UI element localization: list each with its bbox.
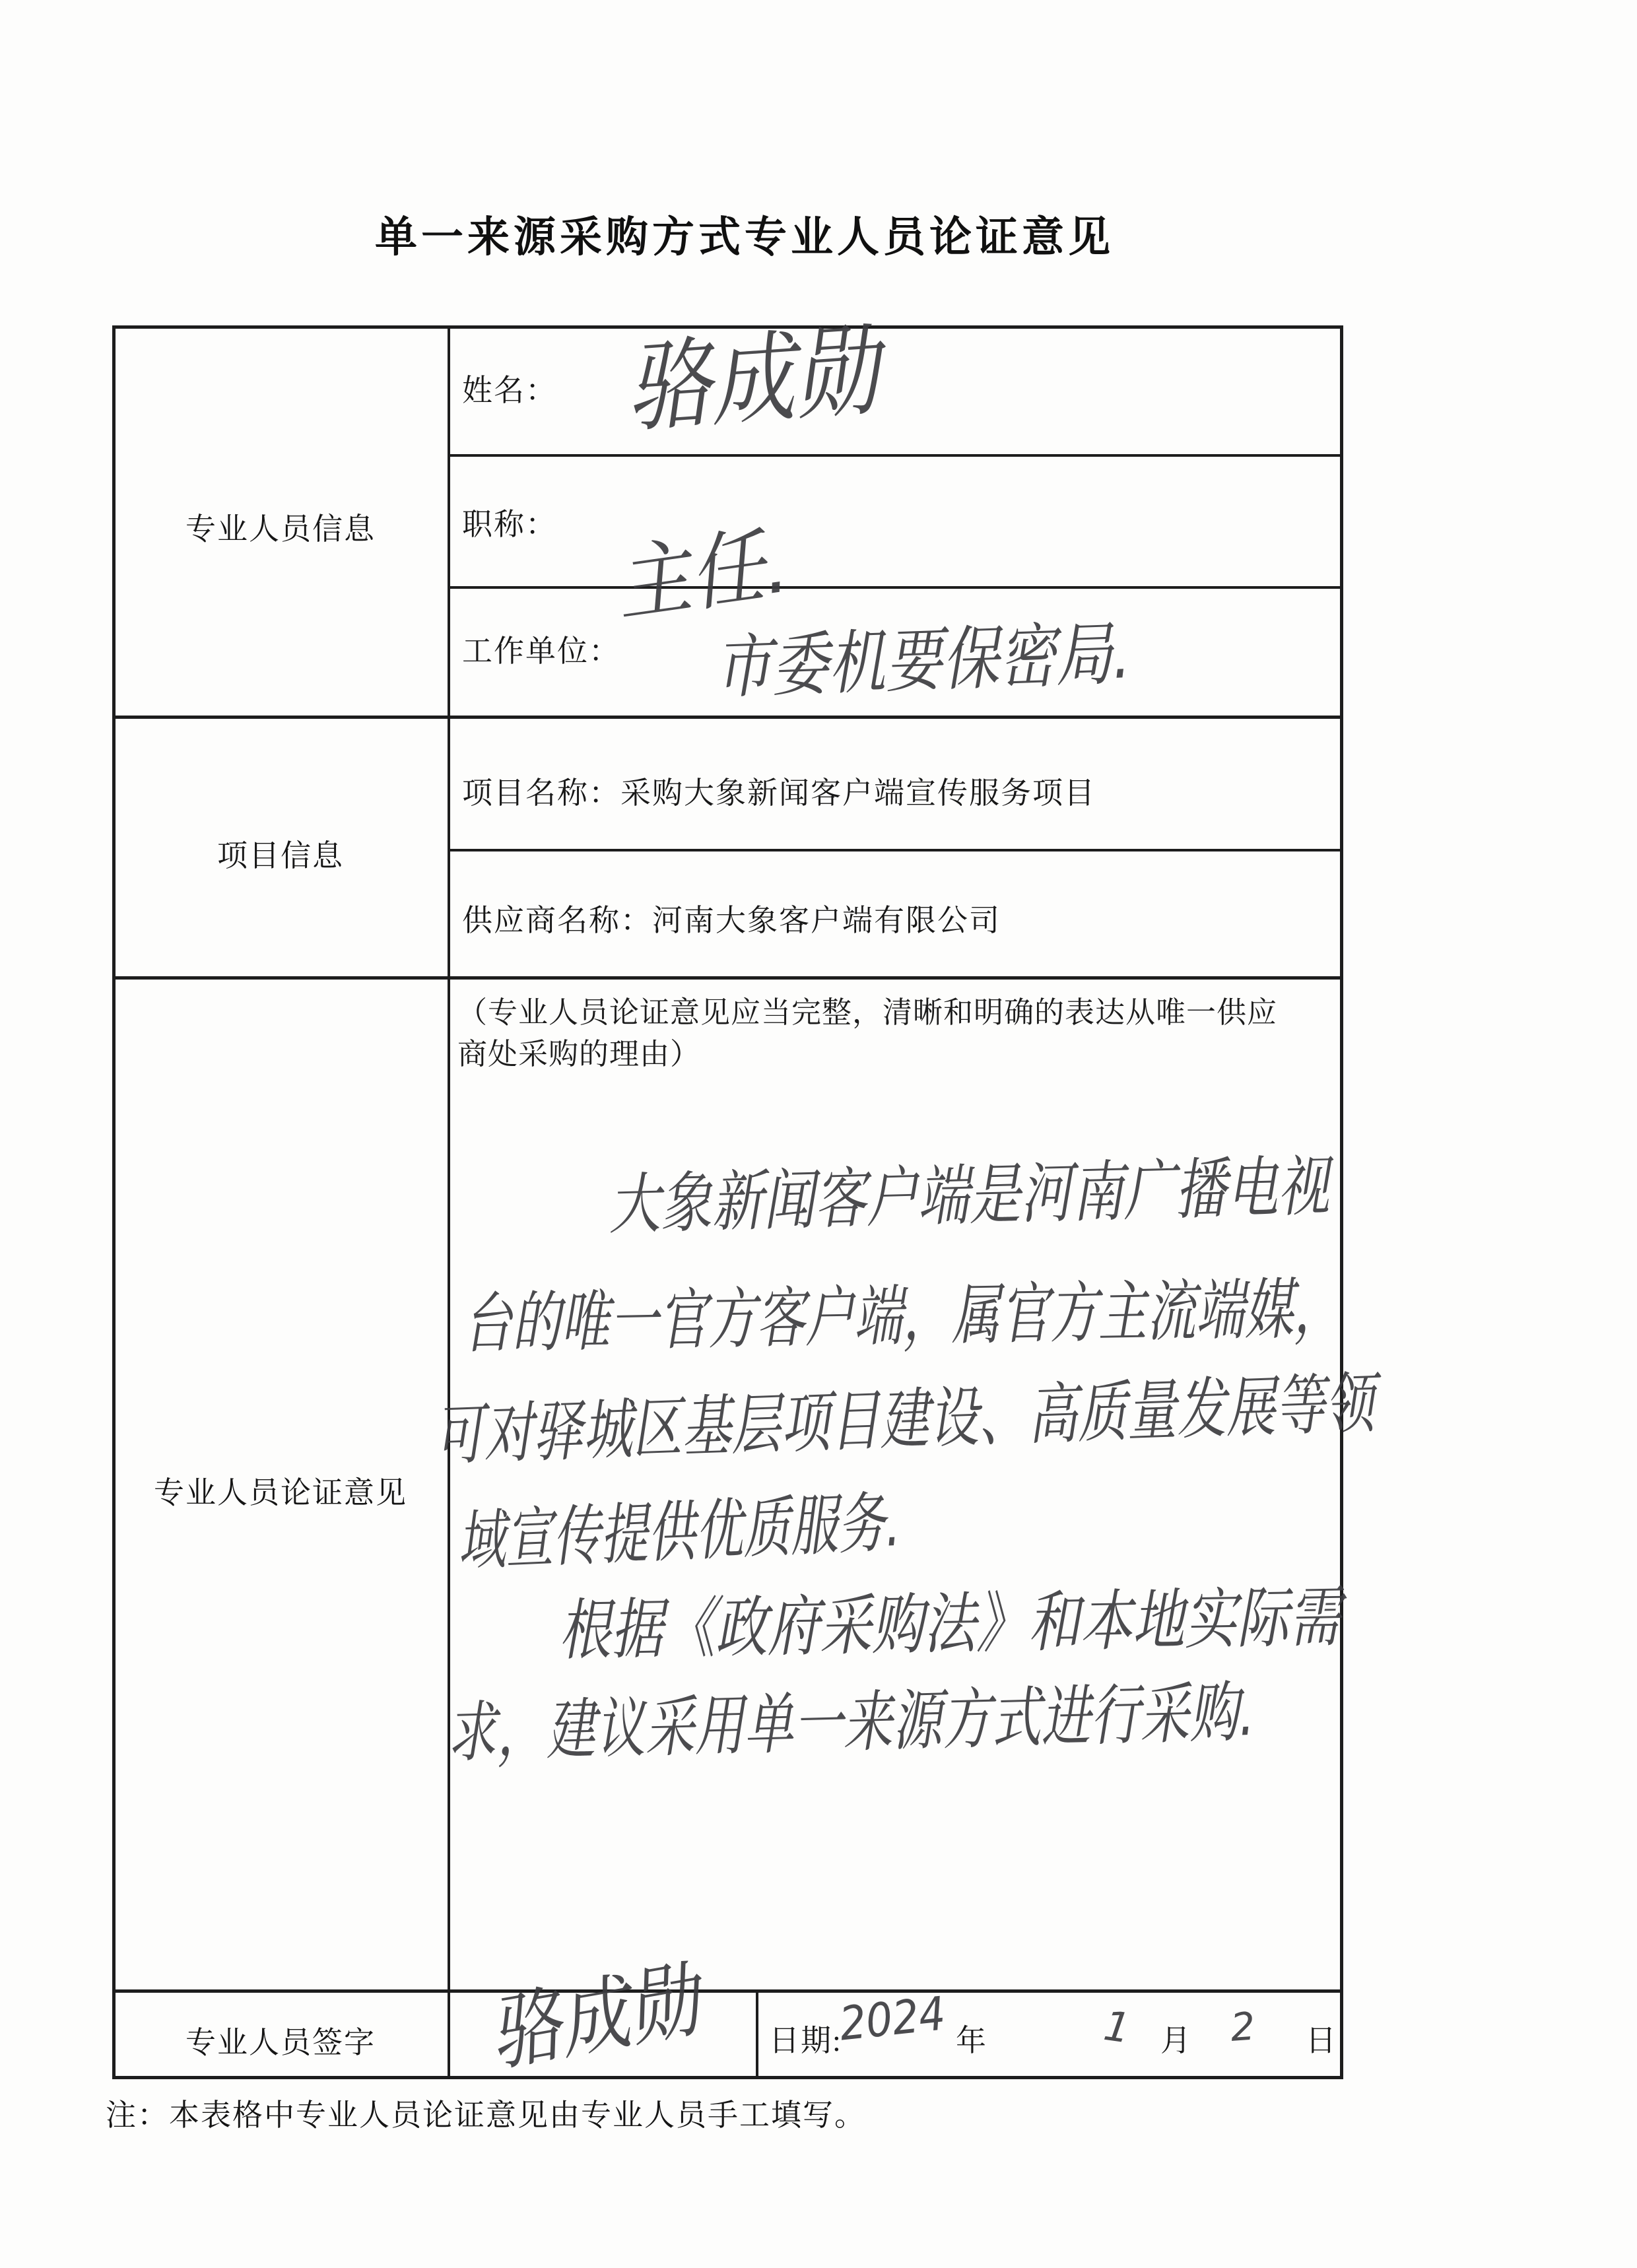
- scanned-document-page: 单一来源采购方式专业人员论证意见 专业人员信息 项目信息 专业人员论证意见 专业…: [0, 0, 1637, 2268]
- rule-name-title: [449, 454, 1343, 457]
- document-title: 单一来源采购方式专业人员论证意见: [0, 203, 1489, 264]
- opinion-instruction-line2: 商处采购的理由）: [457, 1030, 700, 1073]
- handwritten-date-year: 2024: [837, 1986, 948, 2051]
- section-label-personnel: 专业人员信息: [112, 505, 449, 549]
- title-field-label: 职称：: [462, 500, 557, 544]
- project-name-line: 项目名称：采购大象新闻客户端宣传服务项目: [462, 769, 1096, 813]
- handwritten-opinion-line: 台的唯一官方客户端，属官方主流端媒，: [462, 1255, 1343, 1366]
- rule-project-opinion: [112, 976, 1343, 980]
- section-label-signature: 专业人员签字: [112, 2018, 449, 2062]
- unit-field-label: 工作单位：: [462, 627, 620, 671]
- handwritten-date-day: 2: [1229, 2003, 1257, 2050]
- rule-opinion-signature: [112, 1989, 1343, 1993]
- handwritten-opinion-line: 大象新闻客户端是河南广播电视: [607, 1133, 1330, 1247]
- date-label: 日期:: [769, 2017, 842, 2060]
- name-field-label: 姓名：: [462, 366, 557, 410]
- date-year-unit: 年: [956, 2017, 987, 2060]
- handwritten-opinion-line: 域宣传提供优质服务.: [455, 1469, 902, 1584]
- handwritten-name-value: 骆成勋: [620, 291, 883, 451]
- footnote: 注：本表格中专业人员论证意见由专业人员手工填写。: [106, 2091, 866, 2135]
- date-day-unit: 日: [1306, 2017, 1337, 2060]
- rule-personnel-project: [112, 716, 1343, 719]
- rule-project-supplier: [449, 849, 1343, 851]
- rule-signature-date: [756, 1991, 758, 2078]
- date-month-unit: 月: [1160, 2017, 1192, 2060]
- section-label-project: 项目信息: [112, 832, 449, 875]
- rule-title-unit: [449, 586, 1343, 589]
- supplier-name-line: 供应商名称：河南大象客户端有限公司: [462, 896, 1001, 940]
- section-label-opinion: 专业人员论证意见: [112, 1469, 449, 1512]
- handwritten-opinion-line: 根据《政府采购法》和本地实际需: [558, 1564, 1341, 1673]
- handwritten-unit-value: 市委机要保密局.: [713, 598, 1132, 712]
- opinion-instruction-line1: （专业人员论证意见应当完整，清晰和明确的表达从唯一供应: [457, 988, 1277, 1031]
